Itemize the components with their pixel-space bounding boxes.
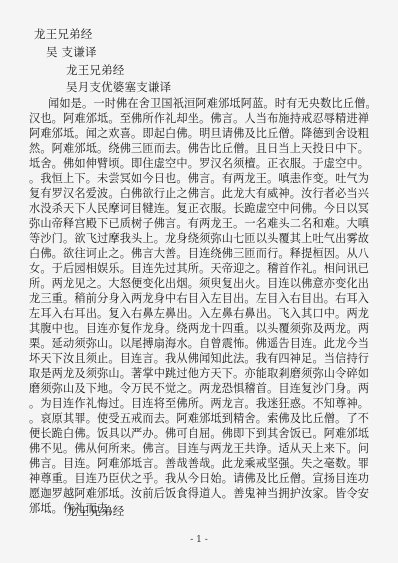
document-page: 龙王兄弟经 吴 支谦译 龙王兄弟经 吴月支优婆塞支谦译 闻如是。一时佛在舍卫国祇… bbox=[0, 0, 398, 563]
text-line: 阿难邠坻。闻之欢喜。即起白佛。明旦请佛及比丘僧。降德到舍设粗食。佛默 bbox=[29, 126, 369, 141]
text-line: 汉也。阿难邠坻。至佛所作礼却坐。佛言。人当布施持戒忍辱精进禅定智慧。 bbox=[29, 111, 369, 126]
text-line: 复有罗汉名爱波。白佛欲行止之佛言。此龙大有威神。汝行者必当兴恶意。出 bbox=[29, 186, 369, 201]
sutra-body: 闻如是。一时佛在舍卫国祇洹阿难邠坻阿蓝。时有无央数比丘僧。皆阿罗 汉也。阿难邠坻… bbox=[29, 96, 369, 516]
text-line: 愿迦罗越阿难邠坻。汝前后饭食得道人。善鬼神当拥护汝家。皆令安隐。阿难 bbox=[29, 486, 369, 501]
text-line: 然。阿难邠坻。绕佛三匝而去。佛告比丘僧。且日当上天投日中下。会阿难邠 bbox=[29, 141, 369, 156]
text-line: 。为目连作礼悔过。目连将至佛所。两龙言。我迷狂惑。不知尊神。触犯雷震 bbox=[29, 396, 369, 411]
text-line: 。我恒上下。未尝冥如今日也。佛言。有两龙王。嗔恚作变。吐气为云故也。 bbox=[29, 171, 369, 186]
sutra-subtitle: 龙王兄弟经 bbox=[66, 63, 125, 77]
text-line: 坻舍。佛如伸臂顷。即住虚空中。罗汉名须檀。正衣服。于虚空中。长跪白佛 bbox=[29, 156, 369, 171]
text-line: 取是两龙及须弥山。著掌中跳过他方天下。亦能取剎磨须弥山令碎如尘。复能 bbox=[29, 366, 369, 381]
text-line: 所。两龙见之。大怒便变化出烟。须臾复出火。目连以佛意亦变化出烟必绕两 bbox=[29, 276, 369, 291]
page-number: - 1 - bbox=[0, 535, 398, 545]
sub-translator-line: 吴月支优婆塞支谦译 bbox=[66, 80, 171, 94]
text-line: 便长跪白佛。饭具以严办。佛可自屈。佛即下到其舍饭已。阿难邠坻言。我求 bbox=[29, 426, 369, 441]
text-line: 等沙门。欲飞过摩我头上。龙身绕须弥山七匝以头覆其上吐气出雾故冥。目连 bbox=[29, 231, 369, 246]
translator-line: 吴 支谦译 bbox=[46, 45, 97, 59]
text-line: 栗。延动须弥山。以尾搏扇海水。自曾震怖。佛遥告目连。此龙今当能出水没 bbox=[29, 336, 369, 351]
text-line: 佛不见。佛从何所来。佛言。目连与两龙王共诤。适从天上来下。问谁胜者。 bbox=[29, 441, 369, 456]
text-line: 佛言。目连。阿难邠坻言。善哉善哉。此龙乘戒坚强。失之毫数。罪至于龙威 bbox=[29, 456, 369, 471]
text-line: 。哀原其罪。使受五戒而去。阿难邠坻到精舍。索佛及比丘僧。了不见一人。 bbox=[29, 411, 369, 426]
text-line: 弥山帝释宫殿下已质树子佛言。有两龙王。一名难头二名和难。大嗔恚言。何 bbox=[29, 216, 369, 231]
text-line: 龙三重。稍前分身入两龙身中右目入左目出。左目入右目出。右耳入左耳出。 bbox=[29, 291, 369, 306]
text-line: 神尊重。目连乃臣伏之乎。我从今日始。请佛及比丘僧。宣扬目连功德。佛咒 bbox=[29, 471, 369, 486]
text-line: 其腹中也。目连亦复作龙身。绕两龙十四重。以头覆须弥及两龙。两龙于下慄 bbox=[29, 321, 369, 336]
text-line: 水没杀天下人民摩诃目犍连。复正衣服。长跪虚空中问佛。今日以冥不复见须 bbox=[29, 201, 369, 216]
sutra-title: 龙王兄弟经 bbox=[34, 27, 93, 41]
text-line: 磨须弥山及下地。令万民不觉之。两龙恐惧稽首。目连复沙门身。两龙化作人 bbox=[29, 381, 369, 396]
text-line: 闻如是。一时佛在舍卫国祇洹阿难邠坻阿蓝。时有无央数比丘僧。皆阿罗 bbox=[29, 96, 369, 111]
text-line: 左耳入右耳出。复入右鼻左鼻出。入左鼻右鼻出。飞入其口中。两龙谓目连在 bbox=[29, 306, 369, 321]
text-line: 坏天下汝且须止。目连言。我从佛闻知此法。我有四神足。当信持行之。我能 bbox=[29, 351, 369, 366]
text-line: 白佛。欲往诃止之。佛言大善。目连绕佛三匝而行。释提桓因。从八万八千玉 bbox=[29, 246, 369, 261]
sutra-end-title: 龙王兄弟经 bbox=[66, 504, 125, 518]
text-line: 女。于后园相娱乐。目连先过其所。天帝迎之。稽首作礼。相问讯已。乃到龙 bbox=[29, 261, 369, 276]
